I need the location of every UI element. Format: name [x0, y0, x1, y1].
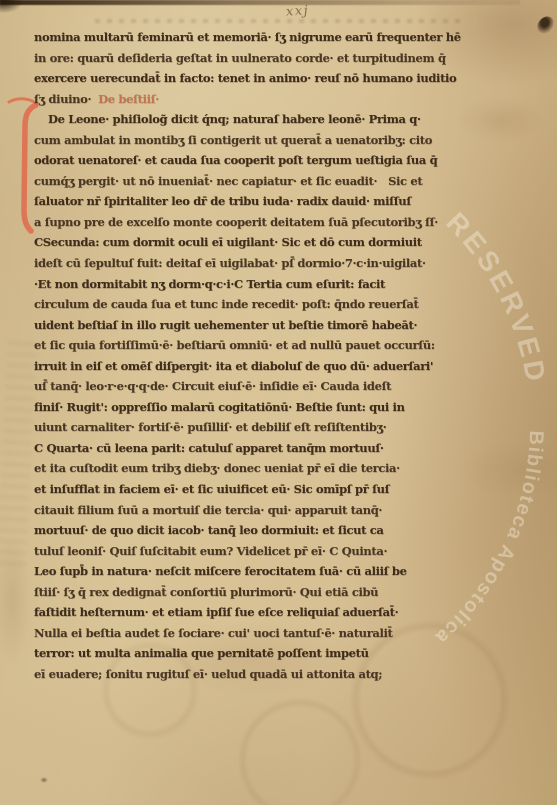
text-line: nomina multarū feminarū et memoriā· ſʒ n… [34, 27, 472, 48]
text-line: uſ̄ tanq̄· leo·r·e·q·q·de· Circuit eiuſ·… [34, 376, 472, 397]
text-line: tuluſ leoniſ· Quiſ ſuſcitabit eum? Videl… [34, 541, 472, 562]
verso-bleedthrough [0, 334, 38, 565]
manuscript-page-photo: xxj nomina multarū feminarū et memoriā· … [0, 0, 557, 805]
text-line: et ſic quia fortiſſimū·ē· beſtiarū omniū… [34, 335, 472, 356]
text-line: uident beſtiaſ in illo rugit uehementer … [34, 315, 472, 336]
text-line: ideſt cū ſepultuſ fuit: deitaſ eī uigila… [34, 253, 472, 274]
text-line: cumq́ʒ pergit· ut nō inueniat̄· nec capi… [34, 171, 472, 192]
text-line: circulum de cauda ſua et tunc inde reced… [34, 294, 472, 315]
text-lines-before-rubric: nomina multarū feminarū et memoriā· ſʒ n… [34, 27, 472, 89]
text-line: faſtidit heſternum· et etiam ipſiſ ſue e… [34, 602, 472, 623]
ink-blot [535, 14, 556, 36]
text-line: irruit in eiſ et omēſ diſpergit· ita et … [34, 356, 472, 377]
folio-number: xxj [286, 3, 310, 20]
rubric-title: De beſtiiſ· [98, 92, 159, 106]
text-line: terror: ut multa animalia que pernitatē … [34, 643, 472, 664]
text-line: C Quarta· cū leena parit: catuluſ appare… [34, 438, 472, 459]
text-line: Leo ſupb̄ in natura· neſcit miſcere fero… [34, 561, 472, 582]
corner-shadow [0, 0, 23, 13]
text-line: eī euadere; ſonitu rugituſ eī· uelud qua… [34, 664, 472, 685]
text-line: exercere uerecundat̄ in facto: tenet in … [34, 68, 472, 89]
edge-speckle-line [95, 19, 465, 23]
text-line: Nulla ei beſtia audet ſe ſociare· cui' u… [34, 623, 472, 644]
text-line: et inſufflat in faciem eī· et ſic uiuifi… [34, 479, 472, 500]
text-line: ·Et non dormitabit nʒ dorm·q·c·i·C Terti… [34, 274, 472, 295]
text-line: mortuuſ· de quo dicit iacob· tanq̄ leo d… [34, 520, 472, 541]
text-lines-main: De Leone· phiſiolog̃ dicit q́nq; naturaſ… [34, 109, 472, 684]
text-block: nomina multarū feminarū et memoriā· ſʒ n… [34, 27, 472, 685]
rubric-line: ſʒ diuino·De beſtiiſ· [34, 89, 472, 110]
text-line: citauit filium ſuū a mortuiſ die tercia·… [34, 500, 472, 521]
text-line: a ſupno pre de excelſo monte cooperit de… [34, 212, 472, 233]
text-line: finiſ· Rugit': oppreſſio malarū cogitati… [34, 397, 472, 418]
text-line: odorat uenatoreſ· et cauda ſua cooperit … [34, 150, 472, 171]
ink-speck [40, 777, 48, 783]
text-line: CSecunda: cum dormit oculi eī uigilant· … [34, 232, 472, 253]
text-line: ſtiiſ· ſʒ q̄ rex dedignat̄ conſortiū plu… [34, 582, 472, 603]
rubric-lead-in: ſʒ diuino· [34, 92, 91, 106]
text-line: et ita cuſtodit eum tribʒ diebʒ· donec u… [34, 458, 472, 479]
page-edge-shadow [0, 0, 520, 5]
text-line: in ore: quarū deſideria geſtat in uulner… [34, 48, 472, 69]
text-line: uiunt carnaliter· fortiſ·ē· puſilliſ· et… [34, 417, 472, 438]
text-line: cum ambulat in montibʒ ſi contigerit ut … [34, 130, 472, 151]
text-line: De Leone· phiſiolog̃ dicit q́nq; naturaſ… [34, 109, 472, 130]
text-line: ſaluator nr̄ ſpiritaliter leo dr̄ de tri… [34, 191, 472, 212]
